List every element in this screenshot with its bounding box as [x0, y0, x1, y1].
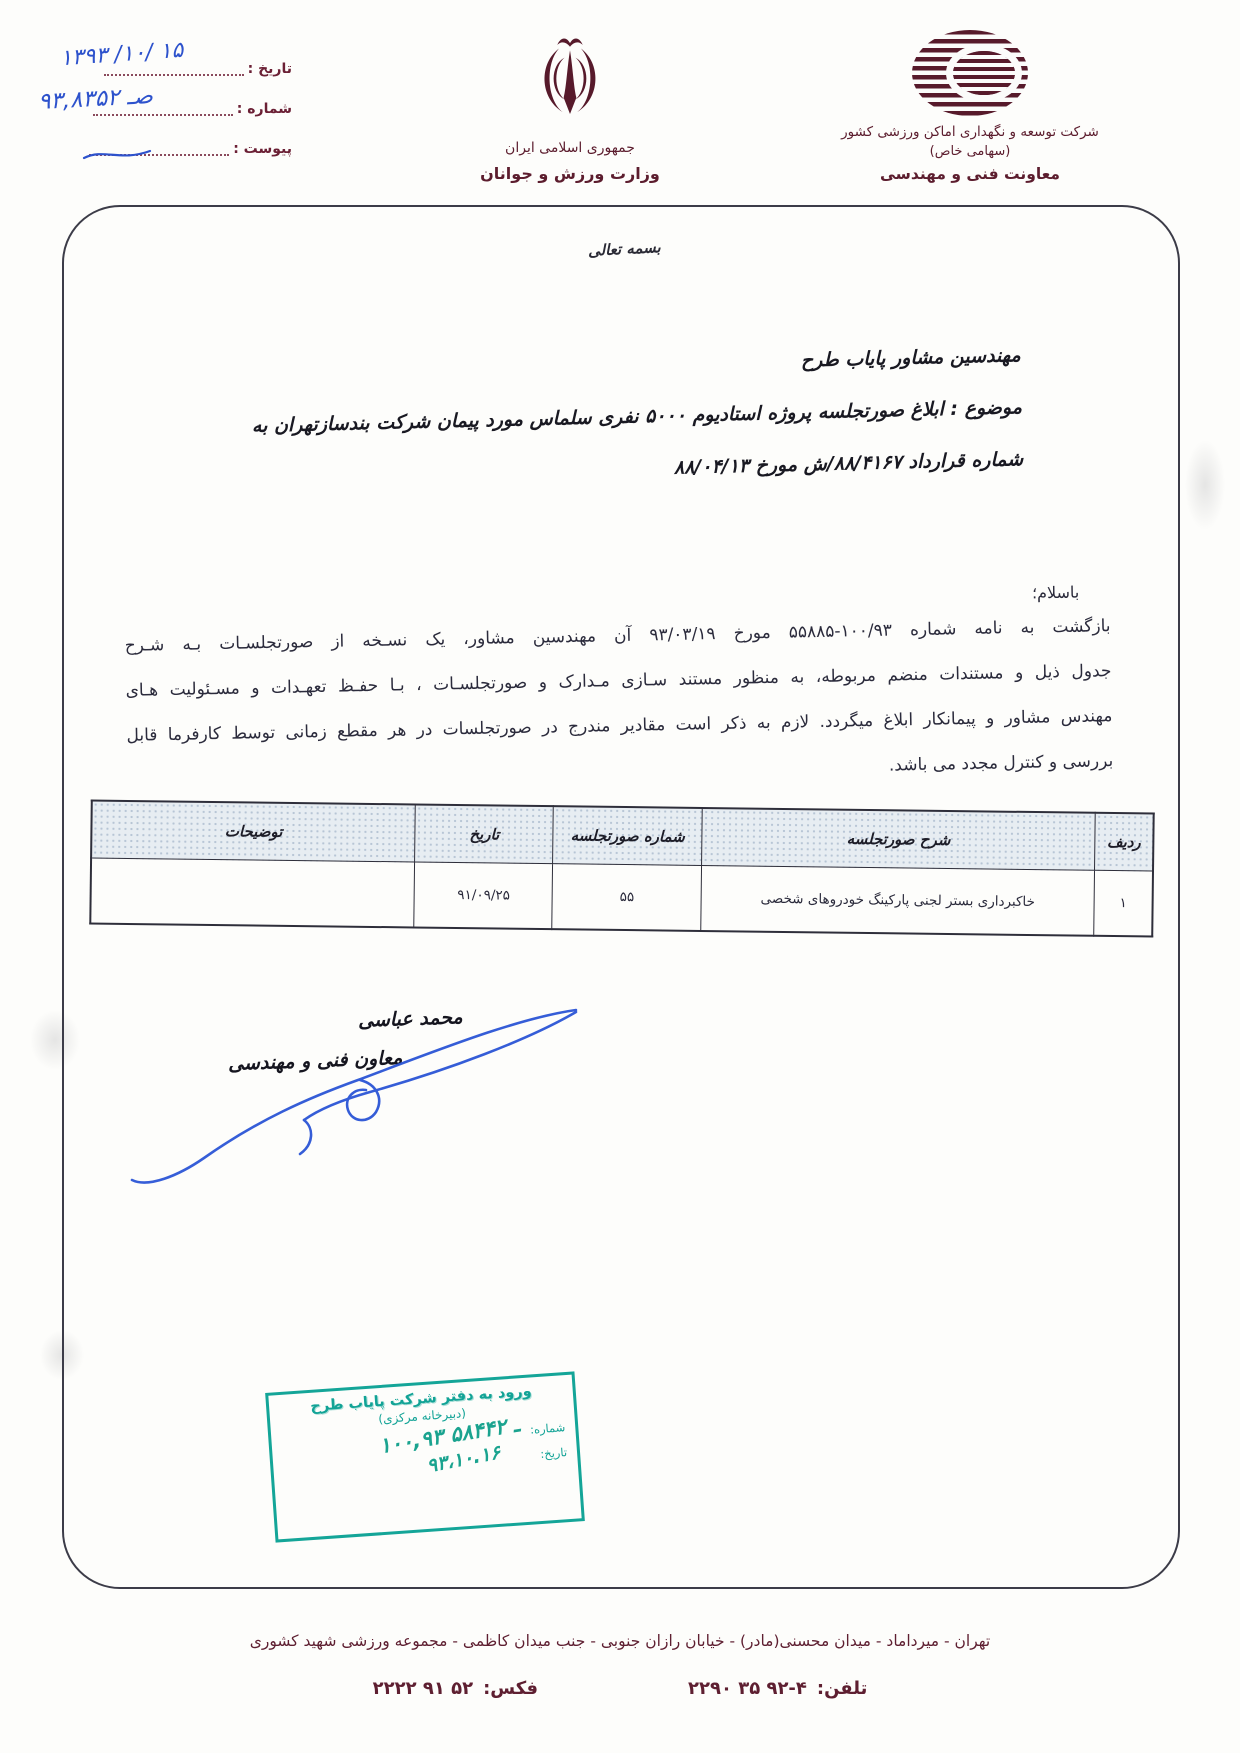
- attachment-label: پیوست :: [233, 141, 292, 157]
- footer-address: تهران - میرداماد - میدان محسنی(مادر) - خ…: [0, 1632, 1240, 1650]
- besmele-text: بسمه تعالی: [588, 238, 661, 260]
- salutation: باسلام؛: [1032, 583, 1080, 603]
- ministry-name: وزارت ورزش و جوانان: [470, 164, 670, 183]
- minutes-table-wrap: ردیف شرح صورتجلسه شماره صورتجلسه تاریخ ت…: [89, 800, 1154, 938]
- company-logo-icon: [912, 30, 1028, 116]
- ministry-letterhead: جمهوری اسلامی ایران وزارت ورزش و جوانان: [470, 34, 670, 183]
- header-tarikh: تاریخ: [415, 804, 554, 863]
- stamp-number-label: شماره:: [530, 1420, 566, 1436]
- signer-name: محمد عباسی: [358, 1006, 463, 1032]
- number-row: شماره : صـ ۹۳,۸۳۵۲: [52, 98, 292, 138]
- scanned-letter-page: { "header": { "left": { "date_label": "ت…: [0, 0, 1240, 1753]
- letter-body: بازگشت به نامه شماره ۱۰۰/۹۳-۵۵۸۸۵ مورخ ۹…: [124, 604, 1113, 804]
- attachment-row: پیوست :: [52, 138, 292, 178]
- header-radif: ردیف: [1095, 813, 1154, 871]
- fax-value: ۲۲۲۲ ۹۱ ۵۲: [373, 1678, 473, 1699]
- header-tozihat: توضیحات: [91, 801, 416, 862]
- footer-contacts: تلفن: ۲۲۹۰ ۳۵ ۹۲-۴ فکس: ۲۲۲۲ ۹۱ ۵۲: [0, 1678, 1240, 1699]
- scan-smudge: [1185, 440, 1225, 530]
- company-logo-core: [953, 51, 1015, 95]
- date-label: تاریخ :: [248, 61, 292, 77]
- table-row: ۱ خاکبرداری بستر لجنی پارکینگ خودروهای ش…: [90, 858, 1153, 936]
- country-name: جمهوری اسلامی ایران: [470, 140, 670, 156]
- company-type: (سهامی خاص): [820, 144, 1120, 159]
- cell-tozihat: [90, 858, 415, 927]
- stamp-date-label: تاریخ:: [540, 1445, 568, 1461]
- cell-shomareh: ۵۵: [552, 864, 701, 931]
- number-label: شماره :: [237, 101, 292, 117]
- header-shomareh: شماره صورتجلسه: [553, 806, 702, 865]
- company-letterhead: شرکت توسعه و نگهداری اماکن ورزشی کشور (س…: [820, 30, 1120, 183]
- fax-label: فکس:: [483, 1678, 538, 1699]
- phone-group: تلفن: ۲۲۹۰ ۳۵ ۹۲-۴: [688, 1678, 867, 1699]
- cell-radif: ۱: [1094, 870, 1153, 936]
- deputy-name: معاونت فنی و مهندسی: [820, 165, 1120, 183]
- fax-group: فکس: ۲۲۲۲ ۹۱ ۵۲: [373, 1678, 538, 1699]
- minutes-table: ردیف شرح صورتجلسه شماره صورتجلسه تاریخ ت…: [89, 800, 1154, 938]
- letter-title-block: مهندسین مشاور پایاب طرح موضوع : ابلاغ صو…: [136, 329, 1024, 507]
- cell-sharh: خاکبرداری بستر لجنی پارکینگ خودروهای شخص…: [701, 865, 1095, 935]
- entry-stamp: ورود به دفتر شرکت پایاب طرح (دبیرخانه مر…: [265, 1371, 585, 1542]
- cell-tarikh: ۹۱/۰۹/۲۵: [414, 862, 553, 929]
- header-sharh: شرح صورتجلسه: [702, 808, 1096, 870]
- phone-value: ۲۲۹۰ ۳۵ ۹۲-۴: [688, 1678, 807, 1699]
- phone-label: تلفن:: [817, 1678, 867, 1699]
- company-name: شرکت توسعه و نگهداری اماکن ورزشی کشور: [820, 124, 1120, 140]
- letterhead-reference-block: تاریخ : ۱۳۹۳ /۱۰/ ۱۵ شماره : صـ ۹۳,۸۳۵۲ …: [52, 58, 292, 178]
- iran-emblem-icon: [524, 34, 616, 134]
- handwritten-squiggle: [82, 144, 152, 164]
